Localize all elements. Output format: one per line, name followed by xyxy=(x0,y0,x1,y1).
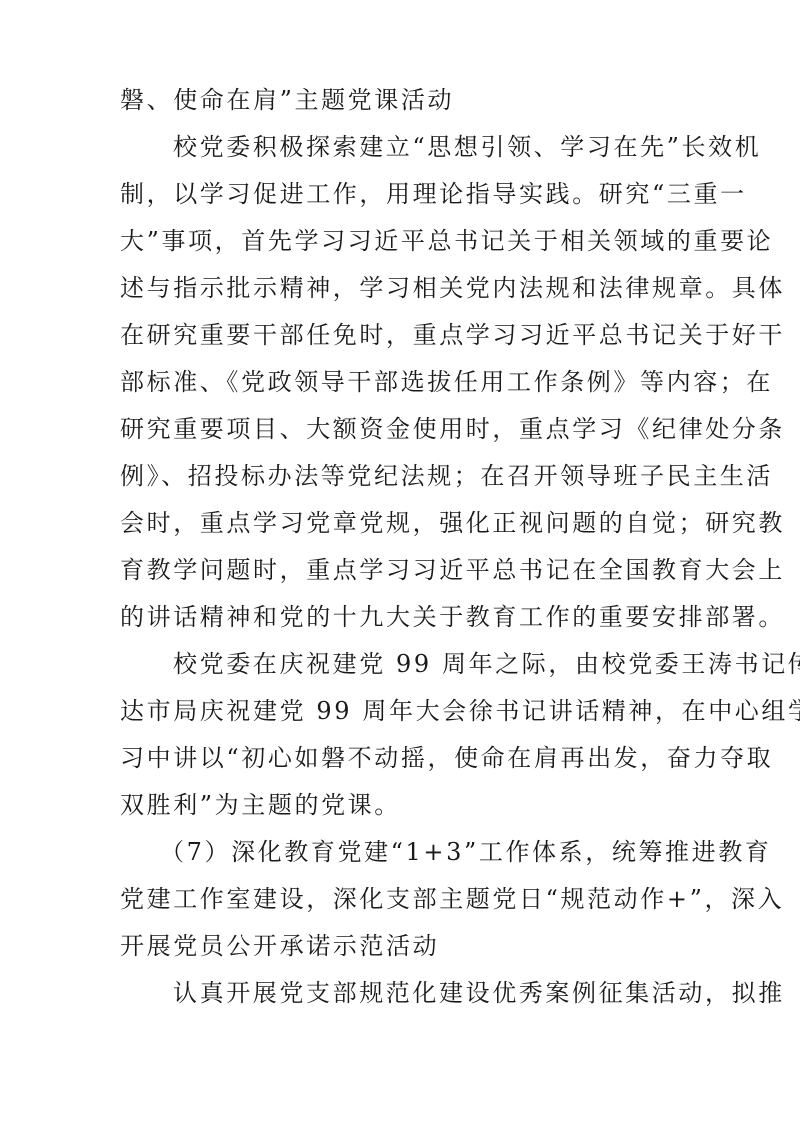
text-line: 校党委积极探索建立“思想引领、学习在先”长效机 xyxy=(120,127,660,174)
heading-line: 党建工作室建设，深化支部主题党日“规范动作+”，深入 xyxy=(120,879,660,926)
section-heading-7: （7）深化教育党建“1+3”工作体系，统筹推进教育 党建工作室建设，深化支部主题… xyxy=(120,832,660,973)
text-line: 研究重要项目、大额资金使用时，重点学习《纪律处分条 xyxy=(120,409,660,456)
heading-line: （7）深化教育党建“1+3”工作体系，统筹推进教育 xyxy=(120,832,660,879)
text-line: 述与指示批示精神，学习相关党内法规和法律规章。具体 xyxy=(120,268,660,315)
text-line: 育教学问题时，重点学习习近平总书记在全国教育大会上 xyxy=(120,550,660,597)
text-line: 制，以学习促进工作，用理论指导实践。研究“三重一 xyxy=(120,174,660,221)
text-line: 在研究重要干部任免时，重点学习习近平总书记关于好干 xyxy=(120,315,660,362)
text-line: 磐、使命在肩”主题党课活动 xyxy=(120,80,660,127)
text-line: 达市局庆祝建党 99 周年大会徐书记讲话精神，在中心组学 xyxy=(120,691,660,738)
text-line: 的讲话精神和党的十九大关于教育工作的重要安排部署。 xyxy=(120,597,660,644)
paragraph-2: 校党委积极探索建立“思想引领、学习在先”长效机 制，以学习促进工作，用理论指导实… xyxy=(120,127,660,644)
text-line: 习中讲以“初心如磐不动摇，使命在肩再出发，奋力夺取 xyxy=(120,738,660,785)
document-body: 磐、使命在肩”主题党课活动 校党委积极探索建立“思想引领、学习在先”长效机 制，… xyxy=(120,80,660,1020)
document-page: 磐、使命在肩”主题党课活动 校党委积极探索建立“思想引领、学习在先”长效机 制，… xyxy=(0,0,800,1132)
text-line: 双胜利”为主题的党课。 xyxy=(120,785,660,832)
text-line: 例》、招投标办法等党纪法规；在召开领导班子民主生活 xyxy=(120,456,660,503)
heading-line: 开展党员公开承诺示范活动 xyxy=(120,926,660,973)
text-line: 校党委在庆祝建党 99 周年之际，由校党委王涛书记传 xyxy=(120,644,660,691)
paragraph-5: 认真开展党支部规范化建设优秀案例征集活动，拟推 xyxy=(120,973,660,1020)
text-line: 会时，重点学习党章党规，强化正视问题的自觉；研究教 xyxy=(120,503,660,550)
paragraph-3: 校党委在庆祝建党 99 周年之际，由校党委王涛书记传 达市局庆祝建党 99 周年… xyxy=(120,644,660,832)
text-line: 大”事项，首先学习习近平总书记关于相关领域的重要论 xyxy=(120,221,660,268)
paragraph-1: 磐、使命在肩”主题党课活动 xyxy=(120,80,660,127)
text-line: 认真开展党支部规范化建设优秀案例征集活动，拟推 xyxy=(120,973,660,1020)
text-line: 部标准、《党政领导干部选拔任用工作条例》等内容；在 xyxy=(120,362,660,409)
